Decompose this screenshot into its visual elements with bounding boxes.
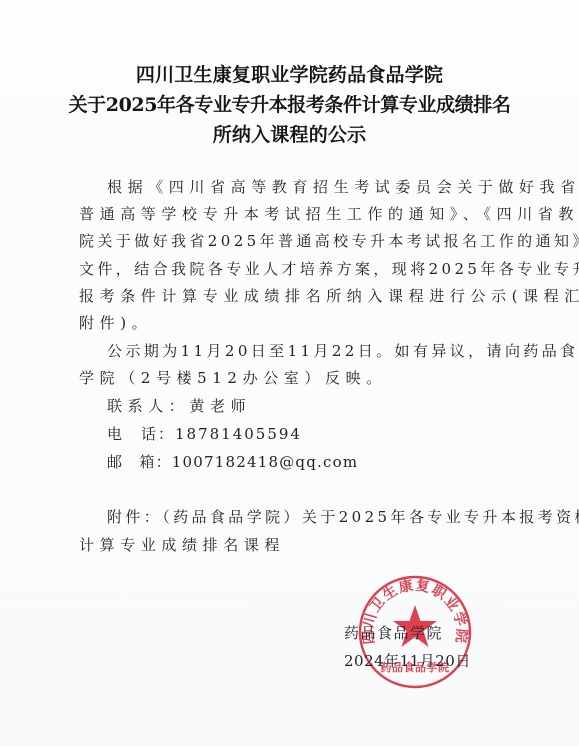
attachment-line: 附件：（药品食品学院）关于2025年各专业专升本报考资格 xyxy=(107,507,579,527)
body-line: 公示期为11月20日至11月22日。如有异议，请向药品食品 xyxy=(107,341,579,361)
body-line: 文件，结合我院各专业人才培养方案，现将2025年各专业专升本 xyxy=(79,259,579,279)
signature-date: 2024年11月20日 xyxy=(344,650,471,671)
body-line: 报考条件计算专业成绩排名所纳入课程进行公示(课程汇总表见 xyxy=(79,286,579,306)
document-page: 四川卫生康复职业学院药品食品学院 关于2025年各专业专升本报考条件计算专业成绩… xyxy=(0,0,579,746)
title-line-1: 四川卫生康复职业学院药品食品学院 xyxy=(0,60,579,87)
body-line: 附件)。 xyxy=(79,313,152,333)
attachment-line: 计算专业成绩排名课程 xyxy=(79,535,285,555)
title-line-3: 所纳入课程的公示 xyxy=(0,120,579,147)
body-line: 根据《四川省高等教育招生考试委员会关于做好我省2025年 xyxy=(107,177,579,197)
contact-phone: 电 话：18781405594 xyxy=(107,424,302,444)
body-line: 学院（2号楼512办公室）反映。 xyxy=(79,368,387,388)
signature-org: 药品食品学院 xyxy=(344,622,443,643)
contact-email: 邮 箱：1007182418@qq.com xyxy=(107,452,358,472)
title-line-2: 关于2025年各专业专升本报考条件计算专业成绩排名 xyxy=(0,90,579,117)
contact-person: 联系人：黄老师 xyxy=(107,396,251,416)
body-line: 院关于做好我省2025年普通高校专升本考试报名工作的通知》等 xyxy=(79,231,579,251)
body-line: 普通高等学校专升本考试招生工作的通知》、《四川省教育考试 xyxy=(79,204,579,224)
